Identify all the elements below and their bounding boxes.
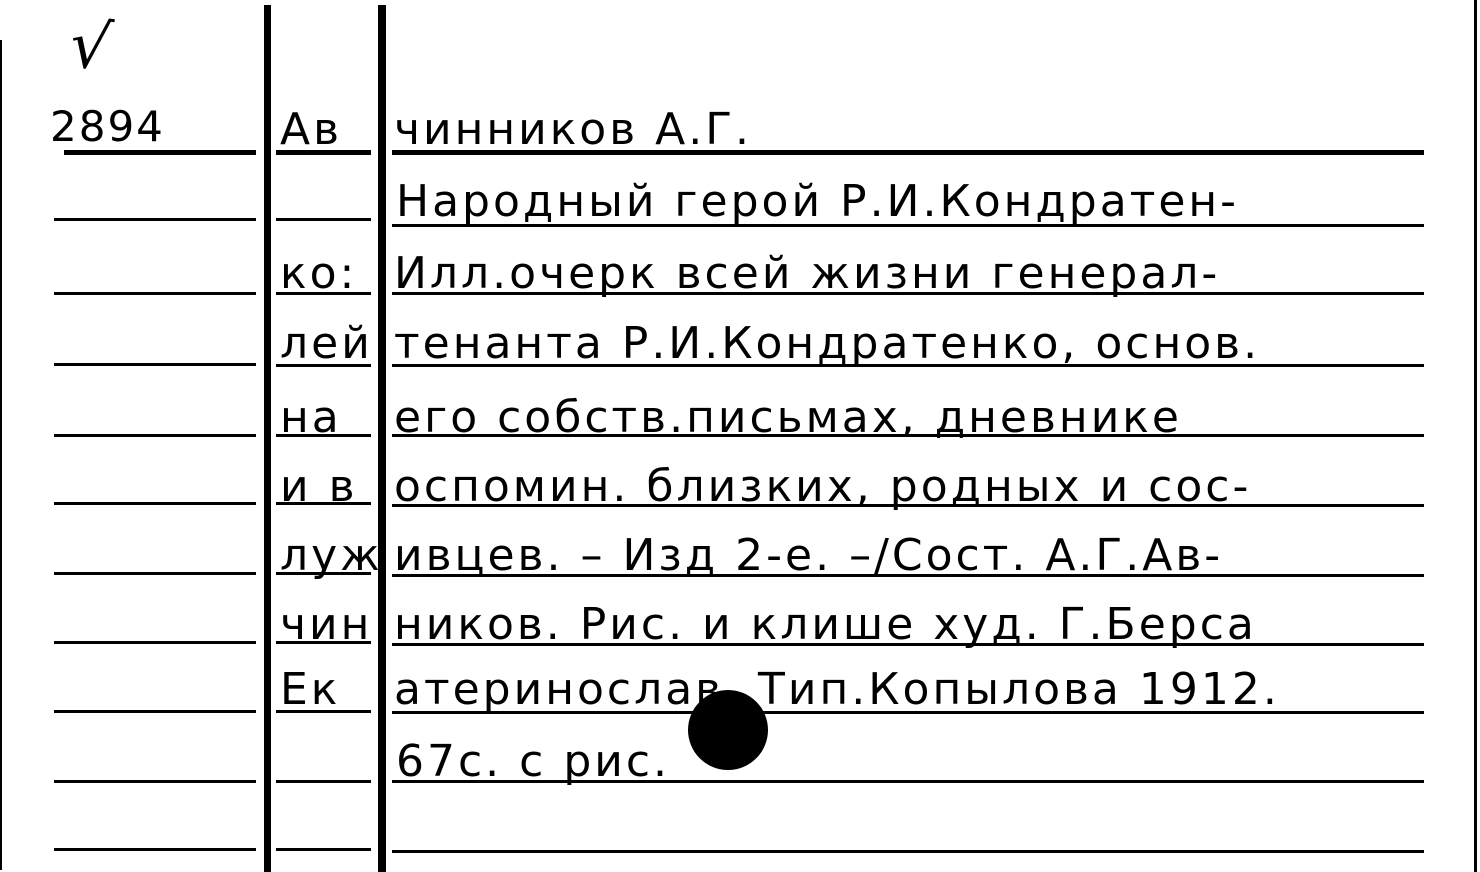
- left-rule: [54, 218, 256, 221]
- left-rule: [54, 434, 256, 437]
- rule: [276, 848, 371, 851]
- rule: [392, 711, 1424, 714]
- call-number: 2894: [50, 102, 165, 151]
- left-vertical-rule: [264, 5, 271, 872]
- rule: [276, 572, 371, 575]
- card-right-edge: [1474, 0, 1477, 872]
- rule: [276, 364, 371, 367]
- rule: [276, 502, 371, 505]
- author-heading: чинников А.Г.: [394, 108, 752, 152]
- rule: [392, 780, 1424, 783]
- imprint-line: атеринослав. Тип.Копылова 1912.: [394, 668, 1280, 712]
- call-number-underline: [64, 150, 256, 155]
- catalog-card: √ 2894 Ав чинников А.Г. Народный герой Р…: [0, 0, 1480, 872]
- title-line: оспомин. близких, родных и сос-: [394, 465, 1251, 509]
- rule: [392, 850, 1424, 853]
- left-rule: [54, 641, 256, 644]
- rule: [392, 292, 1424, 295]
- check-mark-icon: √: [65, 8, 116, 87]
- title-line: ивцев. – Изд 2-е. –/Сост. А.Г.Ав-: [394, 534, 1223, 578]
- margin-text: Ек: [280, 668, 340, 712]
- rule: [392, 643, 1424, 646]
- card-left-edge: [0, 40, 2, 870]
- rule: [276, 780, 371, 783]
- rule: [392, 504, 1424, 507]
- rule: [392, 434, 1424, 437]
- right-vertical-rule: [378, 5, 386, 872]
- margin-text: Ав: [280, 108, 342, 152]
- left-rule: [54, 502, 256, 505]
- margin-text: ко:: [280, 252, 357, 296]
- rule: [392, 364, 1424, 367]
- rule: [276, 434, 371, 437]
- rule: [392, 224, 1424, 227]
- rule: [276, 641, 371, 644]
- title-line: ников. Рис. и клише худ. Г.Берса: [394, 603, 1257, 647]
- left-rule: [54, 363, 256, 366]
- left-rule: [54, 710, 256, 713]
- rule: [276, 292, 371, 295]
- left-rule: [54, 780, 256, 783]
- rule: [276, 218, 371, 221]
- pagination-line: 67с. с рис.: [396, 740, 670, 784]
- margin-text: лей: [280, 322, 373, 366]
- left-rule: [54, 572, 256, 575]
- title-line: Народный герой Р.И.Кондратен-: [396, 180, 1239, 224]
- left-rule: [54, 292, 256, 295]
- title-line: Илл.очерк всей жизни генерал-: [394, 252, 1220, 296]
- punch-hole: [688, 690, 768, 770]
- author-underline-margin: [276, 150, 371, 155]
- author-underline: [392, 150, 1424, 155]
- rule: [276, 710, 371, 713]
- left-rule: [54, 848, 256, 851]
- title-line: тенанта Р.И.Кондратенко, основ.: [394, 322, 1260, 366]
- rule: [392, 574, 1424, 577]
